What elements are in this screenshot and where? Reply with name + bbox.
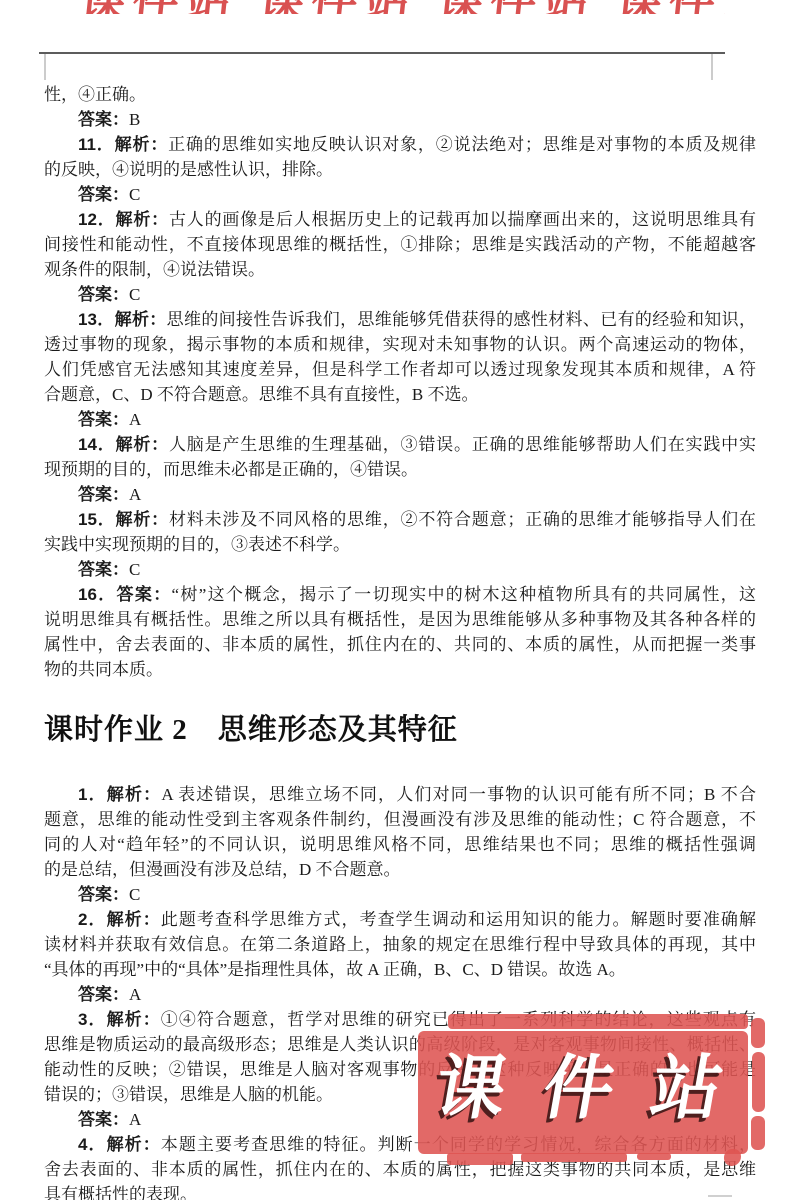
text-line: 的是总结，但漫画没有涉及总结，D 不合题意。 [44, 857, 756, 882]
stamp-bottom-edge [637, 1153, 671, 1160]
answer-section-1: 性，④正确。答案：B11．解析：正确的思维如实地反映认识对象，②说法绝对；思维是… [44, 82, 756, 682]
stamp-top-bar [448, 1014, 748, 1029]
text-line: 说明思维具有概括性。思维之所以具有概括性，是因为思维能够从多种事物及其各种各样的 [44, 607, 756, 632]
text-boundary-mark-left [44, 54, 46, 80]
document-page: { "heading": { "text": "课时作业 2 思维形态及其特征"… [0, 0, 800, 1200]
text-line: 属性中，舍去表面的、非本质的属性，抓住内在的、共同的、本质的属性，从而把握一类事 [44, 632, 756, 657]
text-line: 2．解析：此题考查科学思维方式，考查学生调动和运用知识的能力。解题时要准确解 [44, 907, 756, 932]
stamp-bottom-edge [447, 1153, 513, 1165]
text-line: 间接性和能动性，不直接体现思维的概括性，①排除；思维是实践活动的产物，不能超越客 [44, 232, 756, 257]
top-stamp-fragment: 课件站 课件站 课件站 课件站 [80, 0, 725, 14]
text-line: 现预期的目的，而思维未必都是正确的，④错误。 [44, 457, 756, 482]
text-line: 题意，思维的能动性受到主客观条件制约，但漫画没有涉及思维的能动性；C 符合题意，… [44, 807, 756, 832]
text-boundary-mark-right [711, 54, 713, 80]
text-line: “具体的再现”中的“具体”是指理性具体，故 A 正确，B、C、D 错误。故选 A… [44, 957, 756, 982]
text-line: 16．答案：“树”这个概念，揭示了一切现实中的树木这种植物所具有的共同属性，这 [44, 582, 756, 607]
section-heading: 课时作业 2 思维形态及其特征 [44, 710, 756, 750]
text-line: 答案：C [44, 882, 756, 907]
text-line: 实践中实现预期的目的，③表述不科学。 [44, 532, 756, 557]
text-line: 14．解析：人脑是产生思维的生理基础，③错误。正确的思维能够帮助人们在实践中实 [44, 432, 756, 457]
stamp-bottom-edge [521, 1153, 627, 1162]
stamp-right-border [751, 1018, 765, 1048]
text-line: 答案：C [44, 282, 756, 307]
stamp-text: 课件站 [430, 1053, 762, 1123]
text-line: 读材料并获取有效信息。在第二条道路上，抽象的规定在思维行程中导致具体的再现，其中 [44, 932, 756, 957]
text-line: 答案：A [44, 407, 756, 432]
text-line: 答案：B [44, 107, 756, 132]
text-line: 性，④正确。 [44, 82, 756, 107]
text-line: 15．解析：材料未涉及不同风格的思维，②不符合题意；正确的思维才能够指导人们在 [44, 507, 756, 532]
text-line: 透过事物的现象，揭示事物的本质和规律，实现对未知事物的认识。两个高速运动的物体， [44, 332, 756, 357]
text-line: 人们凭感官无法感知其速度差异，但是科学工作者却可以透过现象发现其本质和规律，A … [44, 357, 756, 382]
header-rule [39, 52, 725, 54]
text-line: 具有概括性的表现。 [44, 1182, 756, 1200]
text-line: 观条件的限制，④说法错误。 [44, 257, 756, 282]
text-line: 答案：C [44, 557, 756, 582]
text-line: 12．解析：古人的画像是后人根据历史上的记载再加以揣摩画出来的，这说明思维具有 [44, 207, 756, 232]
text-line: 舍去表面的、非本质的属性，抓住内在的、本质的属性，把握这类事物的共同本质，是思维 [44, 1157, 756, 1182]
text-line: 13．解析：思维的间接性告诉我们，思维能够凭借获得的感性材料、已有的经验和知识， [44, 307, 756, 332]
top-stamp-fragment-text: 课件站 课件站 课件站 课件站 [80, 0, 725, 14]
text-line: 同的人对“趋年轻”的不同认识，说明思维风格不同，思维结果也不同；思维的概括性强调 [44, 832, 756, 857]
text-line: 答案：A [44, 982, 756, 1007]
text-line: 答案：A [44, 482, 756, 507]
text-line: 的反映，④说明的是感性认识，排除。 [44, 157, 756, 182]
text-line: 合题意，C、D 不符合题意。思维不具有直接性，B 不选。 [44, 382, 756, 407]
text-line: 11．解析：正确的思维如实地反映认识对象，②说法绝对；思维是对事物的本质及规律 [44, 132, 756, 157]
text-line: 答案：C [44, 182, 756, 207]
text-line: 1．解析：A 表述错误，思维立场不同，人们对同一事物的认识可能有所不同；B 不合 [44, 782, 756, 807]
text-line: 物的共同本质。 [44, 657, 756, 682]
